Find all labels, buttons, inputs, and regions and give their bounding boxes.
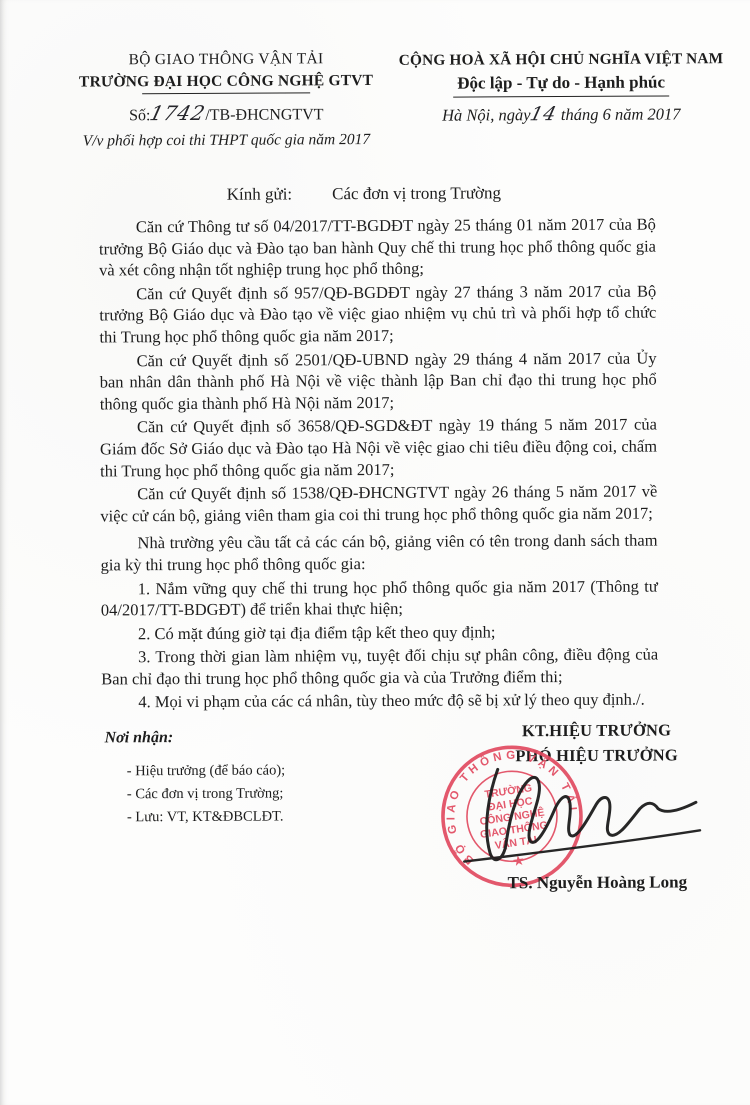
paragraph-legal-basis-3: Căn cứ Quyết định số 2501/QĐ-UBND ngày 2…	[100, 347, 657, 415]
document-page: BỘ GIAO THÔNG VẬN TẢI TRƯỜNG ĐẠI HỌC CÔN…	[0, 0, 750, 1105]
recipient-item: - Lưu: VT, KT&ĐBCLĐT.	[127, 805, 286, 829]
recipient-item: - Hiệu trưởng (để báo cáo);	[127, 759, 286, 783]
requirement-item-4: 4. Mọi vi phạm của các cá nhân, tùy theo…	[101, 689, 658, 714]
requirement-item-2: 2. Có mặt đúng giờ tại địa điểm tập kết …	[101, 620, 658, 645]
paragraph-requirement-intro: Nhà trường yêu cầu tất cả các cán bộ, gi…	[100, 530, 657, 576]
salutation-line: Kính gửi:Các đơn vị trong Trường	[227, 183, 501, 204]
requirement-item-1: 1. Nắm vững quy chế thi trung học phổ th…	[101, 575, 658, 621]
ministry-name: BỘ GIAO THÔNG VẬN TẢI	[46, 50, 406, 70]
signer-name: TS. Nguyễn Hoàng Long	[454, 872, 740, 893]
national-motto: Độc lập - Tự do - Hạnh phúc	[453, 72, 669, 97]
school-name: TRƯỜNG ĐẠI HỌC CÔNG NGHỆ GTVT	[46, 72, 406, 92]
header-national: CỘNG HOÀ XÃ HỘI CHỦ NGHĨA VIỆT NAM Độc l…	[396, 50, 726, 126]
date-prefix: Hà Nội, ngày	[442, 105, 531, 124]
recipients-block: Nơi nhận: - Hiệu trưởng (để báo cáo); - …	[105, 728, 286, 829]
document-number-line: Số:1742/TB-ĐHCNGTVT	[46, 102, 406, 126]
salutation-recipient: Các đơn vị trong Trường	[332, 183, 501, 203]
document-number-handwritten: 1742	[148, 103, 208, 123]
national-title: CỘNG HOÀ XÃ HỘI CHỦ NGHĨA VIỆT NAM	[396, 50, 726, 70]
paragraph-legal-basis-5: Căn cứ Quyết định số 1538/QĐ-ĐHCNGTVT ng…	[100, 481, 657, 527]
paragraph-legal-basis-1: Căn cứ Thông tư số 04/2017/TT-BGDĐT ngày…	[99, 214, 656, 282]
date-day-handwritten: 14	[528, 105, 559, 124]
recipients-list: - Hiệu trưởng (để báo cáo); - Các đơn vị…	[127, 759, 286, 829]
salutation-label: Kính gửi:	[227, 184, 293, 203]
date-suffix: tháng 6 năm 2017	[561, 104, 681, 124]
document-number-suffix: /TB-ĐHCNGTVT	[205, 106, 323, 124]
paragraph-legal-basis-4: Căn cứ Quyết định số 3658/QĐ-SGD&ĐT ngày…	[100, 414, 657, 482]
paragraph-legal-basis-2: Căn cứ Quyết định số 957/QĐ-BGDĐT ngày 2…	[99, 280, 656, 348]
document-body: Căn cứ Thông tư số 04/2017/TT-BGDĐT ngày…	[99, 214, 659, 716]
handwritten-signature	[454, 756, 703, 879]
document-subject: V/v phối hợp coi thi THPT quốc gia năm 2…	[46, 131, 406, 151]
signer-title-acting: KT.HIỆU TRƯỞNG	[453, 720, 739, 741]
recipients-label: Nơi nhận:	[105, 728, 286, 747]
recipient-item: - Các đơn vị trong Trường;	[127, 782, 286, 806]
requirement-item-3: 3. Trong thời gian làm nhiệm vụ, tuyệt đ…	[101, 644, 658, 690]
signature-underline	[464, 830, 700, 861]
scanned-sheet: BỘ GIAO THÔNG VẬN TẢI TRƯỜNG ĐẠI HỌC CÔN…	[0, 0, 750, 1105]
date-line: Hà Nội, ngày14 tháng 6 năm 2017	[396, 104, 726, 126]
header-underline	[142, 92, 310, 94]
header-issuing-org: BỘ GIAO THÔNG VẬN TẢI TRƯỜNG ĐẠI HỌC CÔN…	[46, 50, 407, 151]
